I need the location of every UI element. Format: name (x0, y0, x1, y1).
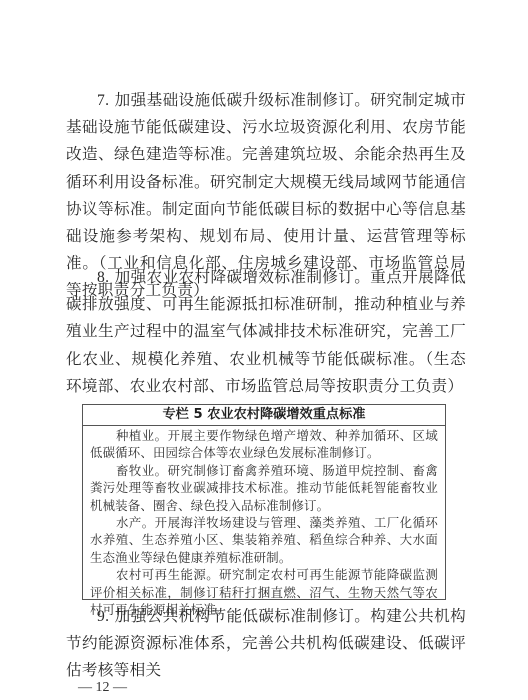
paragraph-text: 加强公共机构节能低碳标准制修订。构建公共机构节约能源资源标准体系，完善公共机构低… (66, 607, 466, 679)
paragraph-text: 加强农业农村降碳增效标准制修订。重点开展降低碳排放强度、可再生能源抵扣标准研制，… (66, 268, 466, 395)
paragraph-number: 8. (97, 269, 109, 286)
box-body: 种植业。开展主要作物绿色增产增效、种养加循环、区域低碳循环、田园综合体等农业绿色… (83, 426, 445, 618)
box-item-livestock: 畜牧业。研究制修订畜禽养殖环境、肠道甲烷控制、畜禽粪污处理等畜牧业碳减排技术标准… (90, 462, 438, 514)
paragraph-number: 7. (97, 92, 109, 109)
page-number: — 12 — (78, 680, 127, 696)
box-title: 专栏 5 农业农村降碳增效重点标准 (83, 405, 445, 426)
box-item-planting: 种植业。开展主要作物绿色增产增效、种养加循环、区域低碳循环、田园综合体等农业绿色… (90, 427, 438, 462)
column-box-5: 专栏 5 农业农村降碳增效重点标准 种植业。开展主要作物绿色增产增效、种养加循环… (82, 404, 446, 600)
box-item-aquatic: 水产。开展海洋牧场建设与管理、藻类养殖、工厂化循环水养殖、生态养殖小区、集装箱养… (90, 514, 438, 566)
paragraph-8: 8. 加强农业农村降碳增效标准制修订。重点开展降低碳排放强度、可再生能源抵扣标准… (66, 264, 466, 400)
paragraph-number: 9. (97, 608, 109, 625)
paragraph-9: 9. 加强公共机构节能低碳标准制修订。构建公共机构节约能源资源标准体系，完善公共… (66, 603, 466, 685)
